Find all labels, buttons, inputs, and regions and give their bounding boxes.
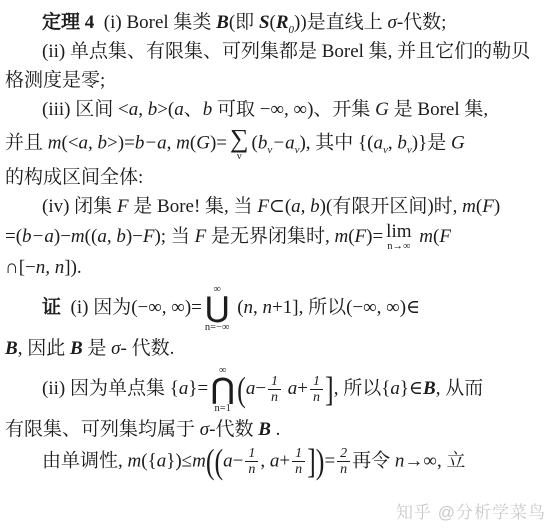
text-segment: F: [482, 196, 494, 217]
text-segment: >(: [157, 99, 174, 120]
numerator: 2: [337, 446, 350, 461]
text-segment: 再令: [352, 450, 395, 471]
big-delimiter: ]: [307, 444, 316, 479]
text-segment: a: [157, 450, 167, 471]
denominator: n: [292, 461, 305, 478]
text-segment: (iii) 区间 <: [42, 99, 129, 120]
text-segment: a: [179, 378, 189, 399]
sum-operator: ∑ν: [230, 126, 249, 162]
text-line: 有限集、可列集均属于 σ-代数 B .: [5, 417, 545, 443]
text-segment: 有限集、可列集均属于: [5, 419, 200, 440]
text-segment: F: [143, 226, 155, 247]
text-line: 由单调性, m({a})≤m((a−1n, a+1n])=2n再令 n→∞, 立: [5, 446, 545, 478]
text-segment: n, n: [36, 257, 65, 278]
text-segment: B: [70, 338, 83, 359]
text-segment: 格测度是零;: [5, 70, 105, 91]
text-segment: G: [375, 99, 389, 120]
text-segment: )=: [210, 132, 227, 153]
text-segment: +: [279, 450, 290, 471]
text-segment: ))是直线上: [294, 12, 387, 33]
text-segment: ,: [167, 132, 177, 153]
text-segment: ((: [85, 226, 98, 247]
text-segment: m: [415, 226, 433, 247]
text-segment: m: [71, 226, 85, 247]
text-segment: -代数: [209, 419, 258, 440]
text-segment: m: [128, 450, 142, 471]
text-segment: -代数;: [397, 12, 447, 33]
text-segment: b: [258, 132, 268, 153]
big-delimiter: (: [237, 372, 246, 407]
text-segment: a, b: [129, 99, 158, 120]
operator-symbol: ∑: [230, 126, 249, 151]
text-segment: (即: [229, 12, 259, 33]
text-segment: =: [324, 450, 335, 471]
text-segment: }∈: [400, 378, 423, 399]
limit-operator: limn→∞: [386, 223, 411, 252]
text-segment: b−a: [135, 132, 167, 153]
text-segment: b: [397, 132, 407, 153]
text-line: B, 因此 B 是 σ- 代数.: [5, 336, 545, 362]
denominator: n: [310, 389, 323, 406]
text-segment: m: [48, 132, 62, 153]
text-segment: ∩[−: [5, 257, 36, 278]
text-segment: a, b: [79, 132, 108, 153]
text-segment: a, b: [291, 196, 320, 217]
text-segment: ); 当: [154, 226, 194, 247]
text-segment: m: [462, 196, 476, 217]
text-segment: )−: [54, 226, 71, 247]
operator-symbol: lim: [386, 223, 411, 241]
text-segment: a: [174, 99, 184, 120]
document-page: 定理 4 (i) Borel 集类 B(即 S(R0))是直线上 σ-代数;(i…: [0, 0, 549, 530]
text-segment: ,: [260, 450, 270, 471]
text-segment: B: [5, 338, 18, 359]
text-segment: 的构成区间全体:: [5, 167, 143, 188]
big-delimiter: ]: [325, 372, 334, 407]
text-line: ∩[−n, n]).: [5, 255, 545, 281]
text-segment: (i) 因为(−∞, ∞)=: [61, 297, 202, 318]
text-segment: ,: [388, 132, 398, 153]
text-line: (ii) 单点集、有限集、可列集都是 Borel 集, 并且它们的勒贝: [5, 39, 545, 65]
text-segment: −a: [272, 132, 294, 153]
denominator: n: [245, 461, 258, 478]
text-line: 定理 4 (i) Borel 集类 B(即 S(R0))是直线上 σ-代数;: [5, 10, 545, 36]
text-segment: ,: [253, 297, 263, 318]
intersection-operator: ∞⋂n=1: [211, 365, 234, 414]
text-segment: n: [395, 450, 405, 471]
text-segment: 是 Borel 集,: [389, 99, 488, 120]
text-segment: 证: [42, 297, 61, 318]
text-segment: n: [263, 297, 273, 318]
text-segment: F: [117, 196, 129, 217]
watermark: 知乎 @分析学菜鸟: [396, 498, 546, 523]
text-segment: 可取 −∞, ∞)、开集: [212, 99, 375, 120]
text-line: (iv) 闭集 F 是 Bore! 集, 当 F⊂(a, b)(有限开区间)时,…: [5, 194, 545, 220]
text-segment: 并且: [5, 132, 48, 153]
text-segment: m: [334, 226, 348, 247]
text-segment: −: [233, 450, 244, 471]
text-segment: a, b: [97, 226, 126, 247]
text-segment: R: [276, 12, 289, 33]
text-line: 并且 m(<a, b>)=b−a, m(G)=∑ν(bν−aν), 其中 {(a…: [5, 126, 545, 162]
operator-lower-limit: n=1: [214, 403, 230, 414]
text-segment: S: [259, 12, 270, 33]
text-segment: B: [258, 419, 271, 440]
text-segment: 定理 4: [42, 12, 94, 33]
text-segment: F: [355, 226, 367, 247]
text-segment: a: [390, 378, 400, 399]
text-segment: B: [216, 12, 229, 33]
text-segment: ({: [141, 450, 156, 471]
text-segment: →∞, 立: [404, 450, 465, 471]
text-segment: F: [195, 226, 207, 247]
operator-lower-limit: n=−∞: [205, 322, 230, 333]
fraction: 2n: [337, 446, 350, 478]
text-segment: a: [288, 378, 298, 399]
numerator: 1: [245, 446, 258, 461]
fraction: 1n: [268, 374, 281, 406]
text-segment: σ: [111, 338, 120, 359]
fraction: 1n: [310, 374, 323, 406]
text-segment: )=: [366, 226, 383, 247]
text-segment: .: [271, 419, 281, 440]
text-segment: (i) Borel 集类: [94, 12, 216, 33]
text-segment: σ: [200, 419, 209, 440]
text-segment: m: [192, 450, 206, 471]
text-segment: n: [244, 297, 254, 318]
fraction: 1n: [292, 446, 305, 478]
text-segment: ): [494, 196, 500, 217]
text-segment: F: [439, 226, 451, 247]
text-segment: m: [176, 132, 190, 153]
text-line: 证 (i) 因为(−∞, ∞)=∞⋃n=−∞ (n, n+1], 所以(−∞, …: [5, 284, 545, 333]
text-segment: b−a: [22, 226, 54, 247]
text-segment: (<: [62, 132, 79, 153]
text-segment: - 代数.: [121, 338, 175, 359]
text-segment: G: [451, 132, 465, 153]
text-segment: b: [203, 99, 213, 120]
text-segment: +1], 所以(−∞, ∞)∈: [272, 297, 420, 318]
text-segment: =(: [5, 226, 22, 247]
text-segment: (iv) 闭集: [42, 196, 117, 217]
text-segment: a: [223, 450, 233, 471]
text-segment: }=: [188, 378, 208, 399]
text-segment: )(有限开区间)时,: [320, 196, 462, 217]
text-segment: 是: [83, 338, 112, 359]
big-delimiter: ): [316, 444, 325, 479]
text-content: 定理 4 (i) Borel 集类 B(即 S(R0))是直线上 σ-代数;(i…: [5, 10, 545, 478]
text-segment: a: [246, 378, 256, 399]
text-segment: , 从而: [436, 378, 484, 399]
text-segment: })≤: [166, 450, 192, 471]
text-segment: ]).: [64, 257, 81, 278]
text-segment: σ: [387, 12, 396, 33]
text-segment: −: [255, 378, 266, 399]
text-segment: B: [423, 378, 436, 399]
text-segment: >)=: [107, 132, 135, 153]
big-delimiter: (: [214, 444, 223, 479]
text-line: 的构成区间全体:: [5, 165, 545, 191]
text-line: 格测度是零;: [5, 68, 545, 94]
big-delimiter: (: [206, 444, 215, 479]
text-segment: ⊂(: [269, 196, 291, 217]
text-segment: 是 Bore! 集, 当: [129, 196, 258, 217]
text-segment: (ii) 单点集、有限集、可列集都是 Borel 集, 并且它们的勒贝: [42, 41, 530, 62]
text-segment: a: [270, 450, 280, 471]
operator-symbol: ⋂: [211, 376, 234, 403]
operator-lower-limit: n→∞: [387, 241, 410, 252]
fraction: 1n: [245, 446, 258, 478]
numerator: 1: [292, 446, 305, 461]
numerator: 1: [268, 374, 281, 389]
text-segment: G: [196, 132, 210, 153]
text-segment: (: [232, 297, 243, 318]
text-segment: +: [297, 378, 308, 399]
text-line: (iii) 区间 <a, b>(a、b 可取 −∞, ∞)、开集 G 是 Bor…: [5, 97, 545, 123]
denominator: n: [337, 461, 350, 478]
text-segment: , 所以{: [334, 378, 391, 399]
operator-lower-limit: ν: [237, 151, 242, 162]
text-segment: (ii) 因为单点集 {: [42, 378, 179, 399]
text-segment: )}是: [412, 132, 451, 153]
text-segment: ), 其中 {(: [299, 132, 373, 153]
union-operator: ∞⋃n=−∞: [205, 284, 230, 333]
denominator: n: [268, 389, 281, 406]
text-segment: 由单调性,: [42, 450, 128, 471]
text-segment: )−: [126, 226, 143, 247]
text-line: (ii) 因为单点集 {a}=∞⋂n=1(a−1n a+1n], 所以{a}∈B…: [5, 365, 545, 414]
text-segment: 、: [184, 99, 203, 120]
text-segment: F: [257, 196, 269, 217]
operator-symbol: ⋃: [206, 295, 229, 322]
text-segment: 是无界闭集时,: [206, 226, 334, 247]
text-segment: a: [374, 132, 384, 153]
text-segment: , 因此: [18, 338, 70, 359]
numerator: 1: [310, 374, 323, 389]
text-line: =(b−a)−m((a, b)−F); 当 F 是无界闭集时, m(F)=lim…: [5, 223, 545, 252]
